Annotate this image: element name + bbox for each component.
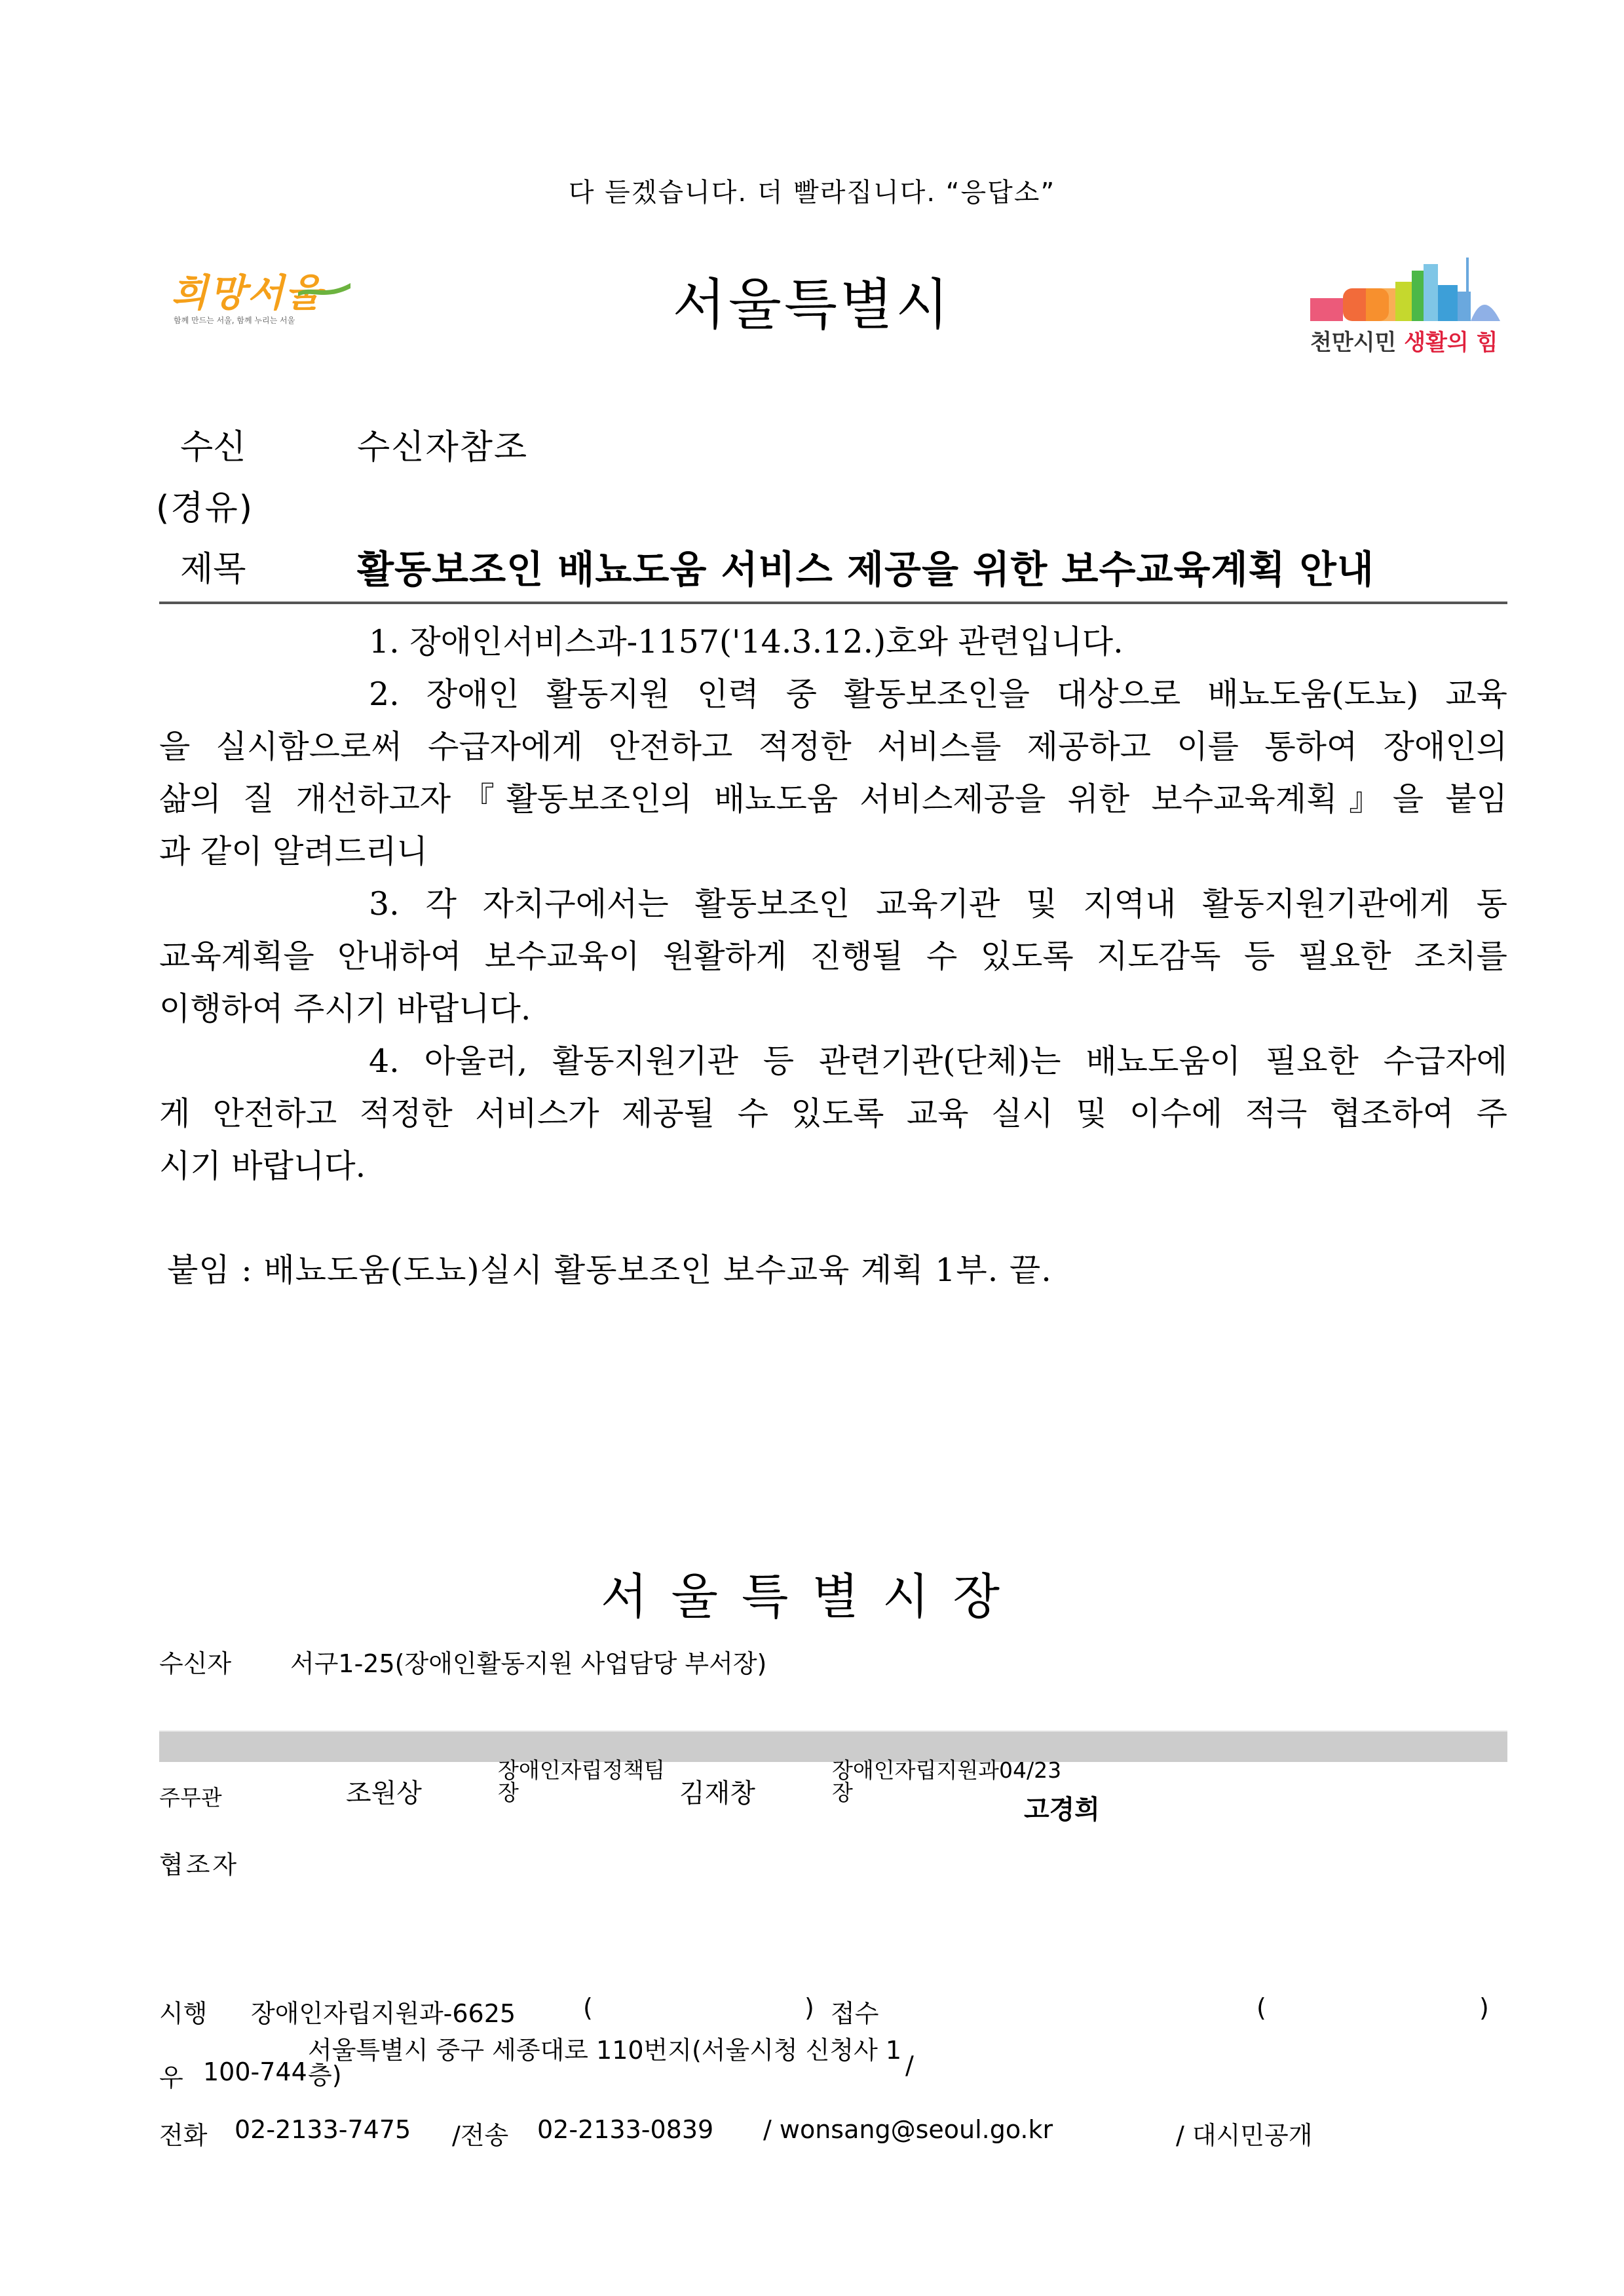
phone-label: 전화: [159, 2115, 207, 2151]
city-skyline-icon: [1304, 252, 1500, 324]
execution-number: 장애인자립지원과-6625: [251, 1993, 516, 2029]
fax-number: 02-2133-0839: [537, 2115, 713, 2144]
recipients-label: 수신자: [159, 1643, 231, 1679]
body-line: 1. 장애인서비스과-1157('14.3.12.)호와 관련입니다.: [159, 616, 1507, 668]
receipt-date-close: ): [1479, 1993, 1489, 2022]
ten-million-citizens-logo: 천만시민 생활의 힘: [1304, 252, 1500, 357]
address: 서울특별시 중구 세종대로 110번지(서울시청 신청사 1층): [308, 2038, 904, 2088]
disclosure-status: / 대시민공개: [1176, 2115, 1312, 2151]
subject-divider: [159, 602, 1507, 604]
drafter-name: 조원상: [346, 1772, 422, 1810]
body-line: 교육계획을 안내하여 보수교육이 원활하게 진행될 수 있도록 지도감독 등 필…: [159, 930, 1507, 983]
body-line: 2. 장애인 활동지원 인력 중 활동보조인을 대상으로 배뇨도움(도뇨) 교육: [159, 668, 1507, 721]
execution-date-open: (: [583, 1993, 593, 2022]
reviewer-name: 김재창: [679, 1772, 755, 1810]
subject-label: 제목: [180, 541, 246, 590]
approver-title-line-1: 장애인자립지원과04/23: [832, 1759, 1061, 1782]
body-line: 시기 바랍니다.: [159, 1140, 1507, 1193]
receipt-date-open: (: [1256, 1993, 1266, 2022]
reviewer-title-line-2: 장: [498, 1782, 665, 1804]
fax-label: /전송: [452, 2115, 508, 2151]
body-line: 을 실시함으로써 수급자에게 안전하고 적정한 서비스를 제공하고 이를 통하여…: [159, 721, 1507, 773]
receipt-label: 접수: [831, 1993, 878, 2029]
reviewer-title-line-1: 장애인자립정책팀: [498, 1759, 665, 1782]
body-line: 4. 아울러, 활동지원기관 등 관련기관(단체)는 배뇨도움이 필요한 수급자…: [159, 1035, 1507, 1088]
address-separator: /: [905, 2051, 914, 2080]
phone-number: 02-2133-7475: [235, 2115, 411, 2144]
body-line: 이행하여 주시기 바랍니다.: [159, 983, 1507, 1035]
subject-value: 활동보조인 배뇨도움 서비스 제공을 위한 보수교육계획 안내: [357, 539, 1374, 594]
signature-mayor: 서울특별시장: [0, 1558, 1624, 1628]
body-line: 삶의 질 개선하고자『활동보조인의 배뇨도움 서비스제공을 위한 보수교육계획』…: [159, 773, 1507, 826]
execution-label: 시행: [159, 1993, 207, 2029]
slogan: 다 듣겠습니다. 더 빨라집니다. “응답소”: [0, 172, 1624, 209]
attachment-note: 붙임 : 배뇨도움(도뇨)실시 활동보조인 보수교육 계획 1부. 끝.: [167, 1245, 1052, 1291]
ten-million-citizens-motto: 천만시민 생활의 힘: [1310, 324, 1498, 356]
body-line: 게 안전하고 적정한 서비스가 제공될 수 있도록 교육 실시 및 이수에 적극…: [159, 1088, 1507, 1140]
body-line: 3. 각 자치구에서는 활동보조인 교육기관 및 지역내 활동지원기관에게 동: [159, 878, 1507, 930]
recipient-label: 수신: [180, 419, 246, 469]
motto-part-1: 천만시민: [1310, 330, 1396, 356]
recipient-value: 수신자참조: [357, 419, 528, 469]
zip-label: 우: [159, 2057, 183, 2094]
email-address[interactable]: / wonsang@seoul.go.kr: [763, 2115, 1053, 2144]
body-line: 과 같이 알려드리니: [159, 826, 1507, 878]
drafter-title: 주무관: [159, 1781, 222, 1812]
reviewer-title: 장애인자립정책팀 장: [498, 1759, 665, 1804]
recipients-value: 서구1-25(장애인활동지원 사업담당 부서장): [290, 1643, 766, 1679]
execution-date-close: ): [804, 1993, 814, 2022]
via-label: (경유): [156, 480, 254, 529]
motto-part-2: 생활의 힘: [1404, 330, 1498, 356]
approver-name: 고경희: [1024, 1789, 1100, 1826]
cooperator-label: 협조자: [159, 1845, 239, 1881]
zip-code: 100-744: [203, 2057, 307, 2086]
